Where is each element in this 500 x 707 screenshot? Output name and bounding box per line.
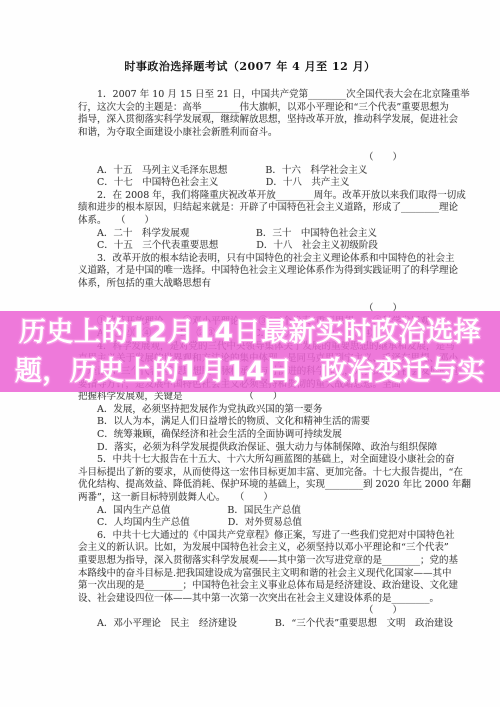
headline-text: 历史上的12月14日最新实时政治选择 题，历史上的1月14日，政治变迁与实 xyxy=(0,313,500,391)
document-line: 6．中共十七大通过的《中国共产党章程》修正案，写进了一些我们党把对中国特色社 xyxy=(78,530,430,543)
document-line: A．邓小平理论 民主 经济建设 B．“三个代表”重要思想 文明 政治建设 xyxy=(78,618,430,631)
document-line: 3．改革开放的根本结论表明，只有中国特色的社会主义理论体系和中国特色的社会主 xyxy=(78,253,430,266)
document-line: C．十七 中国特色社会主义 D．十八 共产主义 xyxy=(78,177,430,190)
document-line: 本路线中的奋斗目标是.把我国建设成为富强民主文明和谐的社会主义现代化国家——其中 xyxy=(78,568,430,581)
headline-line-1: 历史上的12月14日最新实时政治选择 xyxy=(0,313,500,352)
document-line: 指导，深入贯彻落实科学发展观，继续解放思想，坚持改革开放，推动科学发展，促进社会 xyxy=(78,114,430,127)
document-line: 把握科学发展观，关键是 （ ） xyxy=(78,391,430,404)
document-line xyxy=(78,139,430,152)
document-line: D．落实，必须为科学发展提供政治保证、强大动力与体制保障、政治与组织保障 xyxy=(78,442,430,455)
document-line: B．以人为本，满足人们日益增长的物质、文化和精神生活的需要 xyxy=(78,416,430,429)
document-line: C．人均国内生产总值 D．对外贸易总值 xyxy=(78,517,430,530)
document-title: 时事政治选择题考试（2007 年 4 月至 12 月） xyxy=(0,58,500,74)
document-line: 义道路，才是中国的唯一选择。中国特色社会主义理论体系作为得到实践证明了的科学理论 xyxy=(78,265,430,278)
document-line: C．统筹兼顾，确保经济和社会生活的全面协调可持续发展 xyxy=(78,429,430,442)
document-line: 体系，所包括的重大战略思想有 xyxy=(78,278,430,291)
document-line: A．二十 科学发展观 B．三十 中国特色社会主义 xyxy=(78,228,430,241)
document-line: 5．中共十七大报告在十五大、十六大所勾画蓝图的基础上，对全面建设小康社会的奋 xyxy=(78,454,430,467)
document-line: 2．在 2008 年，我们将隆重庆祝改革开放________周年。改革开放以来我… xyxy=(78,190,430,203)
headline-line-2: 题，历史上的1月14日，政治变迁与实 xyxy=(0,352,500,391)
document-line: 优化结构、提高效益、降低消耗、保护环境的基础上，实现________到 2020… xyxy=(78,479,430,492)
document-page: 时事政治选择题考试（2007 年 4 月至 12 月） 1．2007 年 10 … xyxy=(0,0,500,707)
document-line: 重要思想为指导，深入贯彻落实科学发展观——其中第一次写进党章的是________… xyxy=(78,555,430,568)
document-line: 设、社会建设四位一体——其中第一次第一次突出在社会主义建设体系的是_______… xyxy=(78,593,430,606)
document-line: A．十五 马列主义毛泽东思想 B．十六 科学社会主义 xyxy=(78,165,430,178)
document-line: 第一次出现的是________；中国特色社会主义事业总体布局是经济建设、政治建设… xyxy=(78,580,430,593)
document-line: 绩和进步的根本原因，归结起来就是：开辟了中国特色社会主义道路，形成了______… xyxy=(78,202,430,215)
document-line: 1．2007 年 10 月 15 日至 21 日，中国共产党第________次… xyxy=(78,89,430,102)
document-line: 两番”，这一新目标特别鼓舞人心。 （ ） xyxy=(78,492,430,505)
document-line: （ ） xyxy=(78,152,430,165)
document-line xyxy=(78,291,430,304)
document-line: 斗目标提出了新的要求，从而使得这一宏伟目标更加丰富、更加完备。十七大报告提出，“… xyxy=(78,467,430,480)
document-line: 会主义的新认识。比如，为发展中国特色社会主义，必须坚持以邓小平理论和“三个代表” xyxy=(78,542,430,555)
document-line: 和谐，为夺取全面建设小康社会新胜利而奋斗。 xyxy=(78,127,430,140)
document-line: C．十五 三个代表重要思想 D．十八 社会主义初级阶段 xyxy=(78,240,430,253)
document-line: A．国内生产总值 B．国民生产总值 xyxy=(78,505,430,518)
document-line: （ ） xyxy=(78,605,430,618)
document-line: 体系。 （ ） xyxy=(78,215,430,228)
document-line: 行，这次大会的主题是：高举________伟大旗帜，以邓小平理论和“三个代表”重… xyxy=(78,102,430,115)
document-line: A．发展，必须坚持把发展作为党执政兴国的第一要务 xyxy=(78,404,430,417)
